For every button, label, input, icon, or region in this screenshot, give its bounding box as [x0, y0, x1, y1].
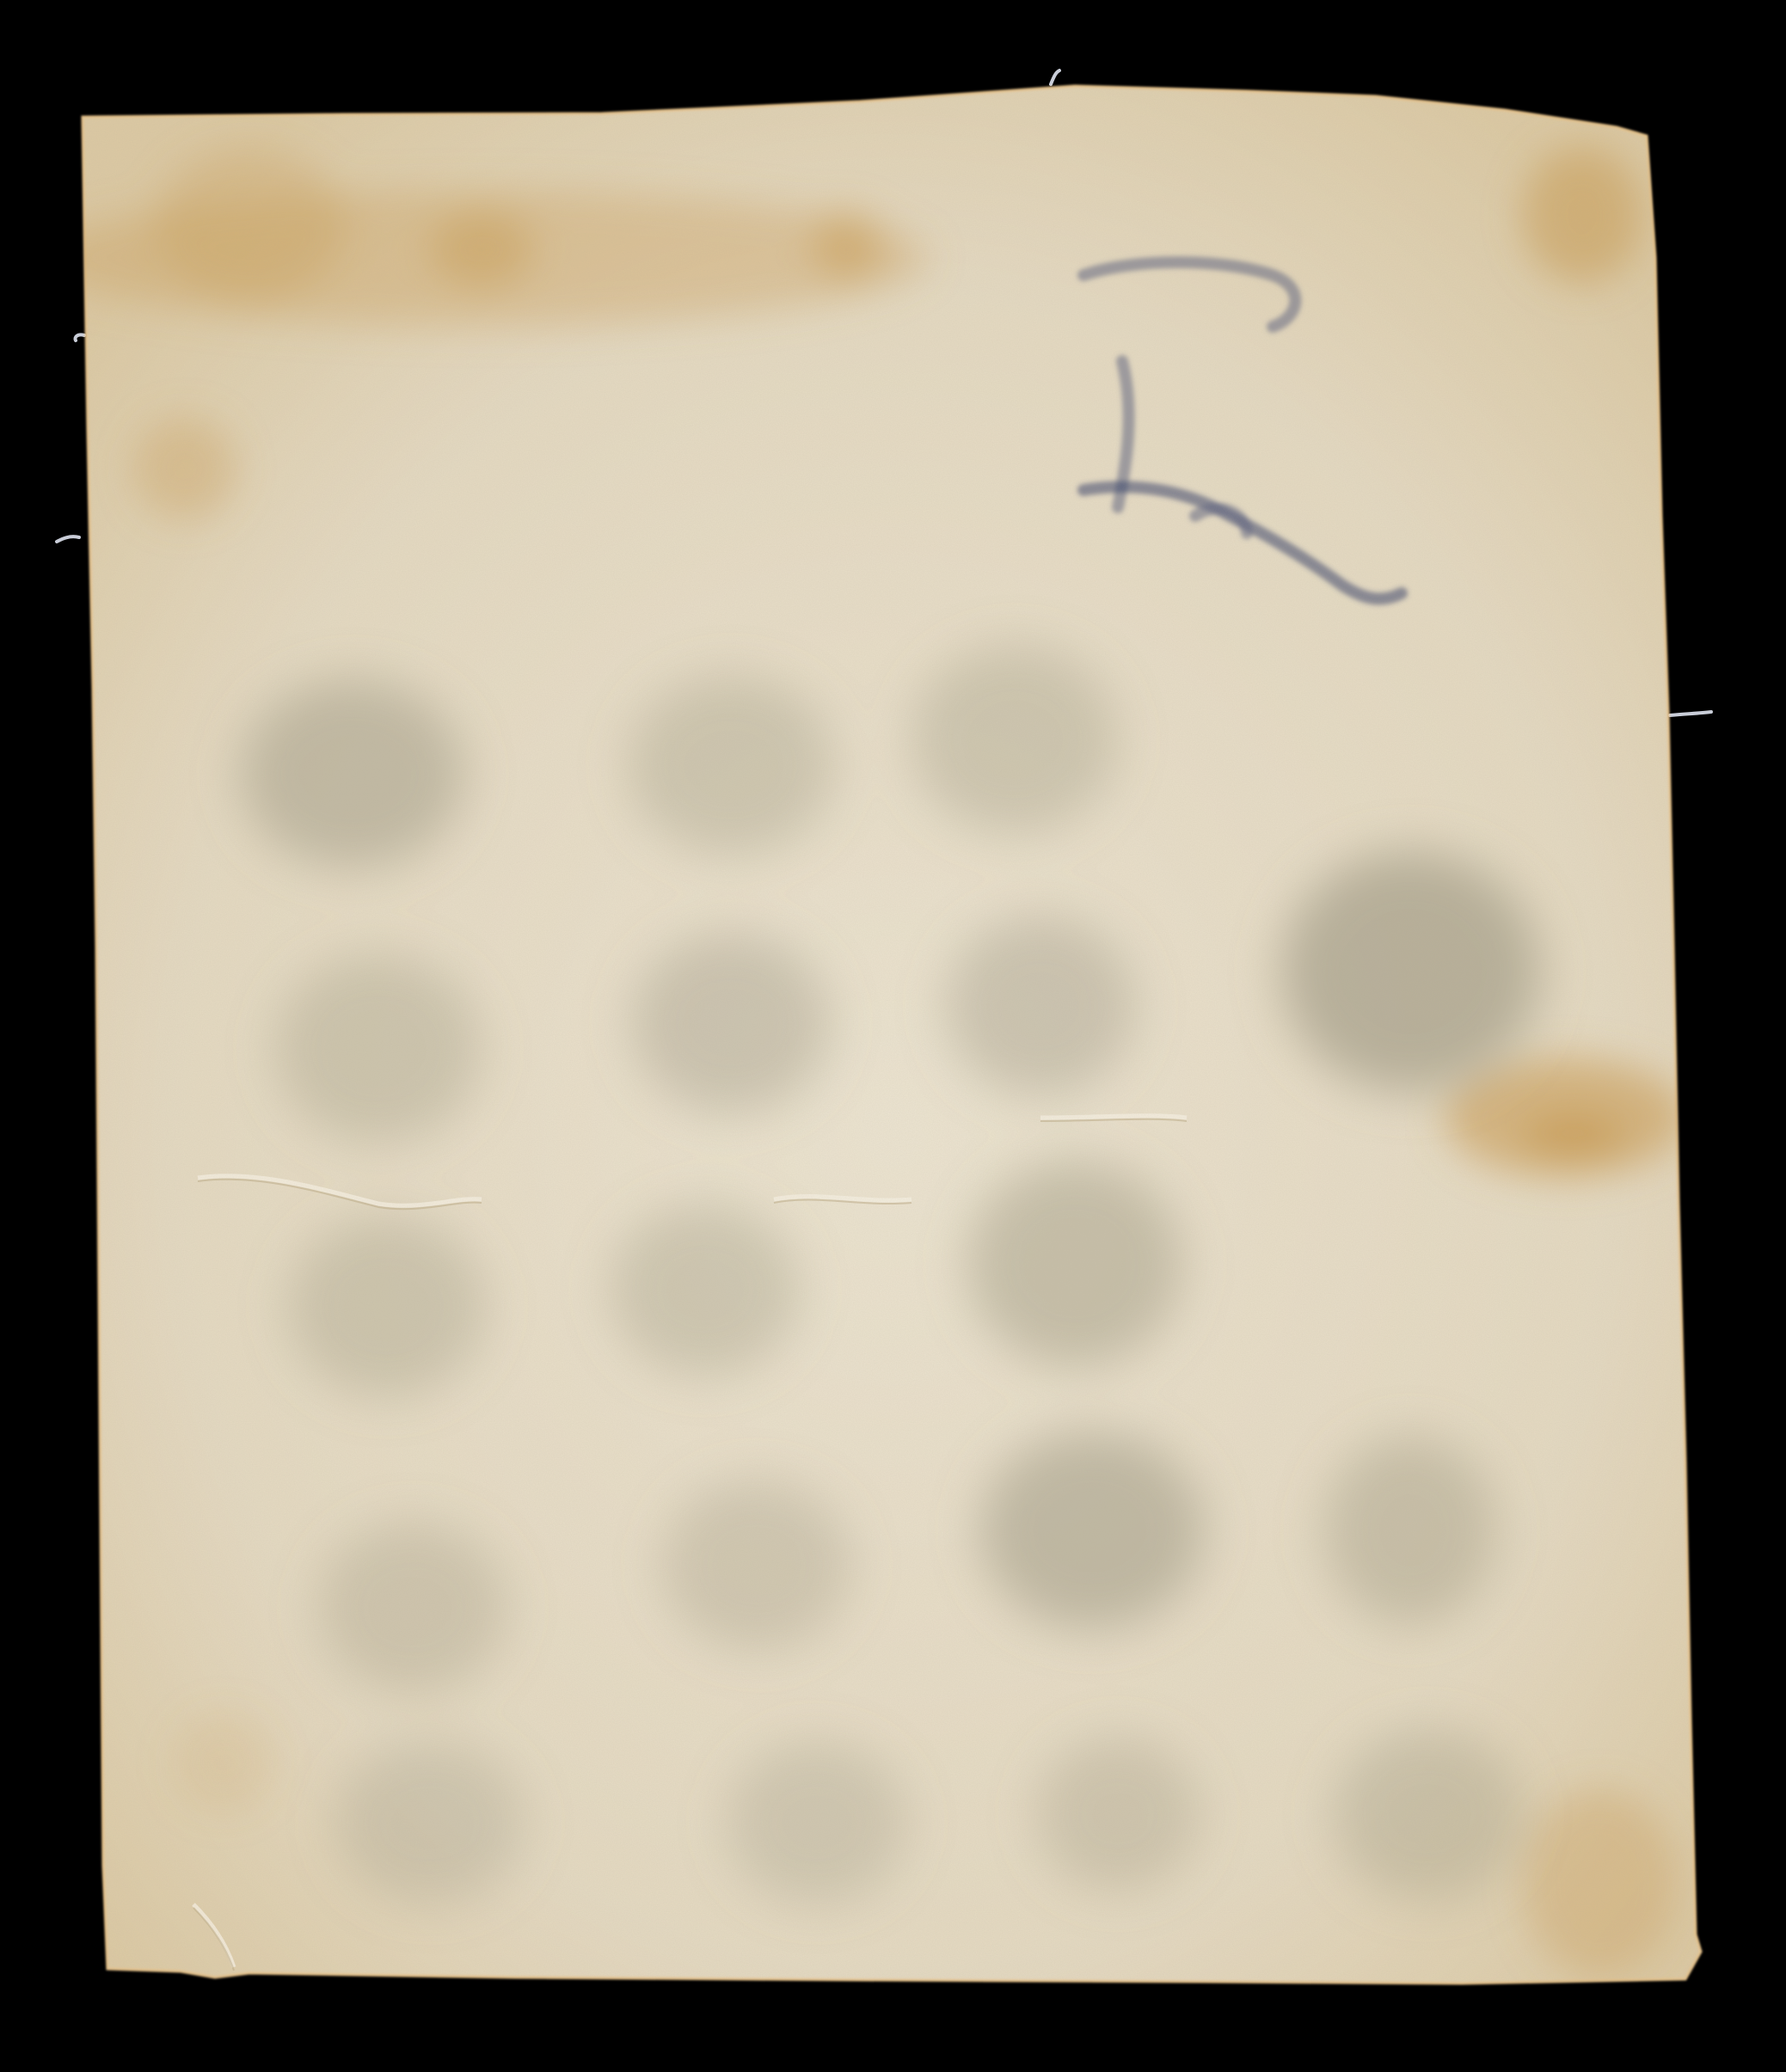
paper-texture: [0, 0, 1786, 2072]
photo-scene: [0, 0, 1786, 2072]
stamp-back-photo: [0, 0, 1786, 2072]
